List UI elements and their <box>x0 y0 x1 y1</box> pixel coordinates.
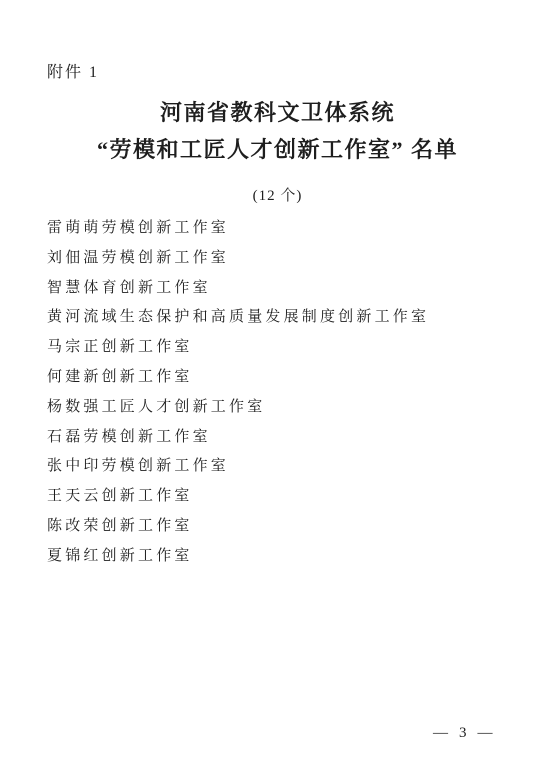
document-title-line1: 河南省教科文卫体系统 <box>0 94 555 131</box>
list-item: 何建新创新工作室 <box>47 363 535 393</box>
page-number: — 3 — <box>433 725 493 742</box>
list-item: 夏锦红创新工作室 <box>47 542 535 572</box>
document-title-line2: “劳模和工匠人才创新工作室” 名单 <box>0 131 555 168</box>
list-item: 陈改荣创新工作室 <box>47 512 535 542</box>
page-number-left-dash: — <box>433 725 448 742</box>
list-item: 杨数强工匠人才创新工作室 <box>47 393 535 423</box>
document-page: 附件 1 河南省教科文卫体系统 “劳模和工匠人才创新工作室” 名单 (12 个)… <box>0 0 555 768</box>
list-item: 马宗正创新工作室 <box>47 333 535 363</box>
list-item: 黄河流域生态保护和高质量发展制度创新工作室 <box>47 303 535 333</box>
attachment-label: 附件 1 <box>47 59 99 82</box>
list-item: 刘佃温劳模创新工作室 <box>47 244 535 274</box>
workshop-count: (12 个) <box>0 184 555 205</box>
list-item: 石磊劳模创新工作室 <box>47 423 535 453</box>
list-item: 王天云创新工作室 <box>47 482 535 512</box>
page-number-right-dash: — <box>478 725 493 742</box>
list-item: 张中印劳模创新工作室 <box>47 452 535 482</box>
list-item: 雷萌萌劳模创新工作室 <box>47 214 535 244</box>
workshop-list: 雷萌萌劳模创新工作室 刘佃温劳模创新工作室 智慧体育创新工作室 黄河流域生态保护… <box>47 214 535 572</box>
page-number-value: 3 <box>459 725 467 742</box>
document-title: 河南省教科文卫体系统 “劳模和工匠人才创新工作室” 名单 <box>0 94 555 168</box>
list-item: 智慧体育创新工作室 <box>47 274 535 304</box>
